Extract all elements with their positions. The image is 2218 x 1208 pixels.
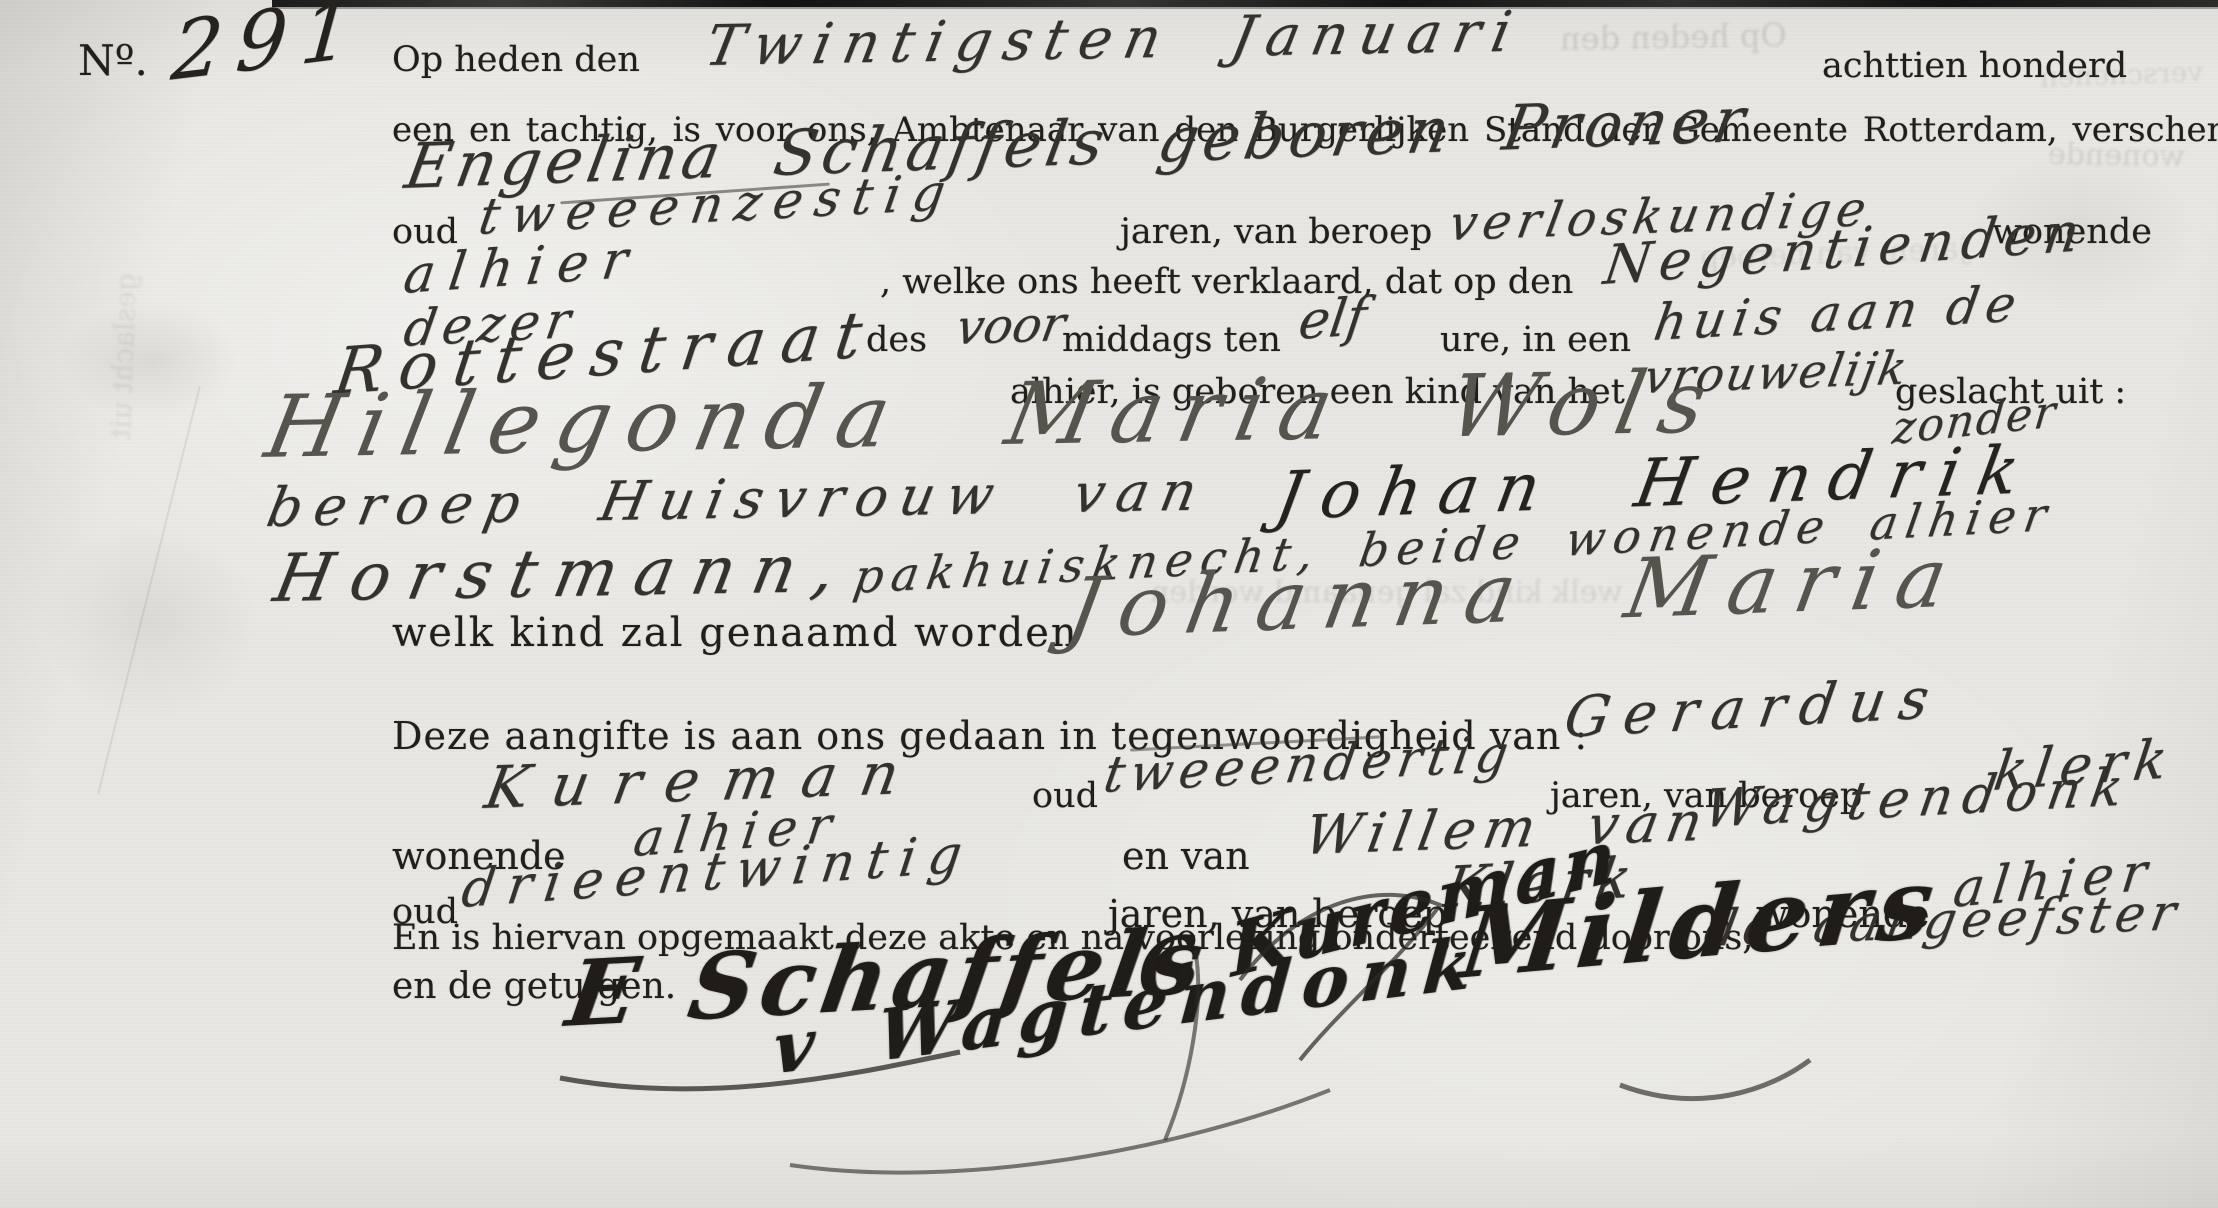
printed-op-heden-den: Op heden den <box>392 40 640 80</box>
printed-middags-ten: middags ten <box>1062 320 1281 360</box>
bleed-through-text: geslacht uit <box>104 273 143 441</box>
birth-certificate-scan: Op heden den verschenen wonende jaren, v… <box>0 0 2218 1208</box>
printed-verklaard: , welke ons heeft verklaard, dat op den <box>880 262 1573 302</box>
handwritten-voor: voor <box>952 296 1070 356</box>
act-number-label: Nº. <box>78 36 148 85</box>
printed-jaren-van-beroep: jaren, van beroep <box>1120 212 1432 252</box>
paper-stain <box>40 520 260 720</box>
paper-stain <box>60 300 240 420</box>
bleed-through-text: Op heden den <box>1560 16 1787 58</box>
handwritten-hour: elf <box>1295 287 1370 352</box>
handwritten-father-surname: Horstmann, <box>268 530 860 617</box>
handwritten-witness1-firstname: Gerardus <box>1560 666 1947 751</box>
printed-child-name-label: welk kind zal genaamd worden <box>392 610 1079 656</box>
printed-achttien-honderd: achttien honderd <box>1822 46 2127 86</box>
printed-en-van: en van <box>1122 834 1250 878</box>
handwritten-witness2-surname: Wagtendonk <box>1700 757 2137 840</box>
act-number-value: 291 <box>168 0 370 99</box>
paper-crease <box>97 386 201 794</box>
printed-oud-w1: oud <box>1032 776 1098 816</box>
handwritten-date: Twintigsten Januari <box>700 0 1528 79</box>
